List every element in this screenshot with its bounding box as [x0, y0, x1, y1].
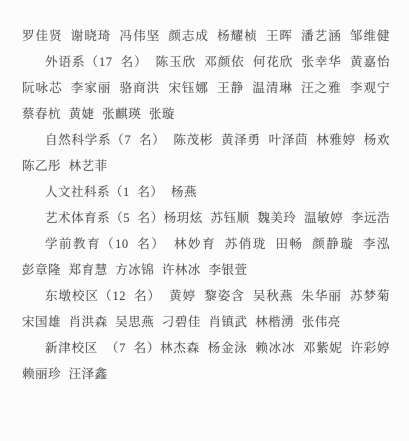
department-line: 新津校区 （7 名）林杰森 杨金泳 赖冰冰 邓紫妮 许彩婷 [22, 335, 390, 361]
name-list-line: 罗佳贤 谢晓琦 冯伟坚 颜志成 杨耀桢 王晖 潘艺涵 邹维健 [22, 23, 390, 49]
department-line: 学前教育（10 名） 林妙育 苏俏珑 田畅 颜静璇 李泓 [22, 231, 390, 257]
department-line: 人文社科系（1 名） 杨燕 [22, 179, 390, 205]
name-list-line: 赖丽珍 汪泽鑫 [22, 361, 390, 387]
department-line: 自然科学系（7 名） 陈茂彬 黄泽勇 叶泽茴 林雅婷 杨欢 [22, 127, 390, 153]
department-line: 外语系（17 名） 陈玉欣 邓颜依 何花欣 张幸华 黄嘉怡 [22, 49, 390, 75]
name-list-line: 陈乙彤 林艺菲 [22, 153, 390, 179]
name-list-line: 宋国雄 肖洪森 吴思燕 刁碧佳 肖镇武 林楷湧 张伟亮 [22, 309, 390, 335]
department-line: 东墩校区（12 名） 黄婷 黎姿含 吴秋燕 朱华丽 苏梦菊 [22, 283, 390, 309]
department-line: 艺术体育系（5 名）杨玥炫 苏钰顺 魏美玲 温敏婷 李远浩 [22, 205, 390, 231]
name-list-line: 阮咏芯 李家丽 骆商洪 宋钰娜 王静 温清琳 汪之雅 李观宁 [22, 75, 390, 101]
name-list-line: 蔡春杭 黄婕 张麒瑛 张璇 [22, 101, 390, 127]
name-list-line: 彭章隆 郑育慧 方冰锦 许林冰 李银萱 [22, 257, 390, 283]
document-page: 罗佳贤 谢晓琦 冯伟坚 颜志成 杨耀桢 王晖 潘艺涵 邹维健 外语系（17 名）… [0, 0, 409, 441]
